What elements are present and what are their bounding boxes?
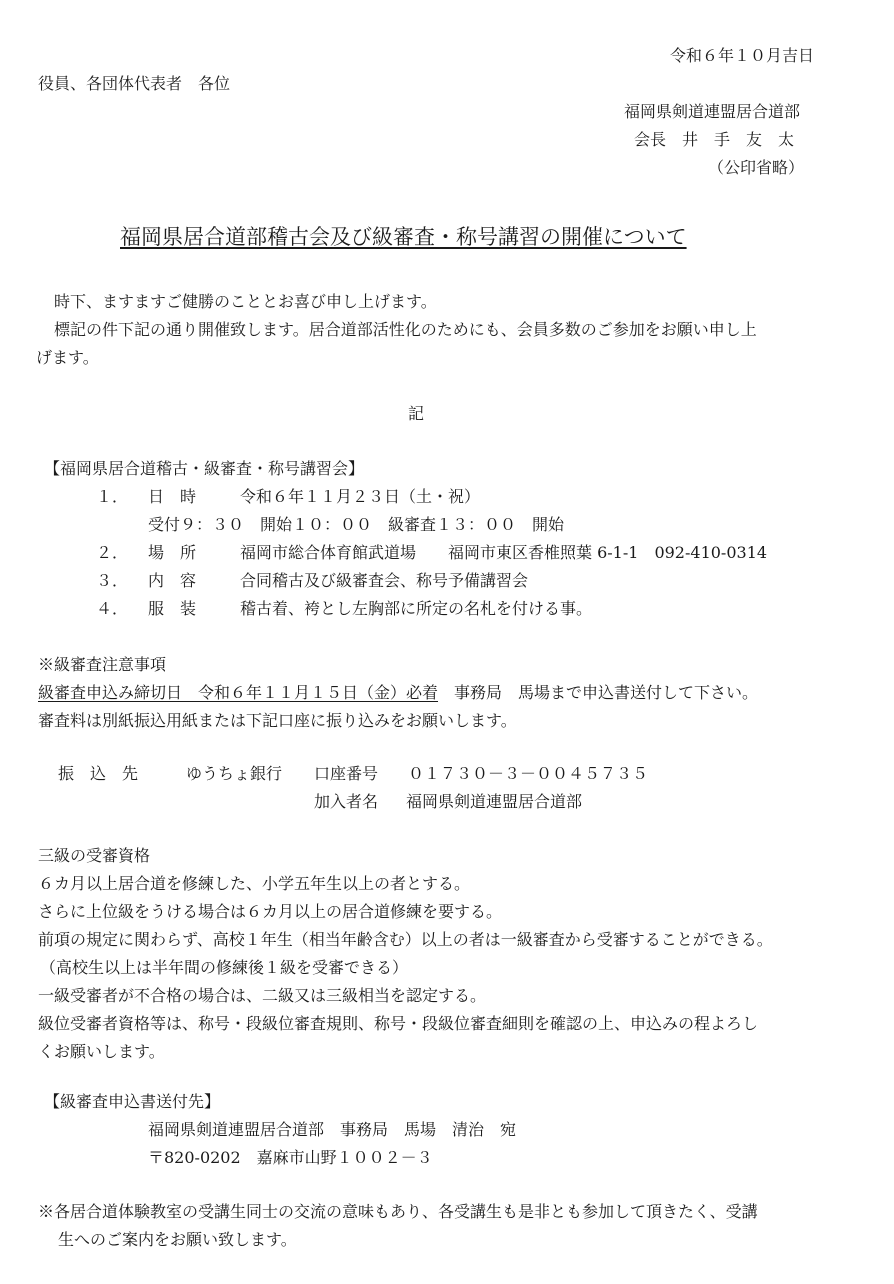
ki-marker: 記	[408, 404, 424, 424]
send-to-address: 〒820-0202 嘉麻市山野１００２－３	[148, 1148, 433, 1168]
deadline-underlined: 級審査申込み締切日 令和６年１１月１５日（金）必着	[38, 683, 438, 702]
send-to-heading: 【級審査申込書送付先】	[44, 1092, 220, 1112]
bank-label: 振 込 先	[58, 764, 138, 784]
eligibility-line: ６カ月以上居合道を修練した、小学五年生以上の者とする。	[38, 874, 470, 894]
page-title: 福岡県居合道部稽古会及び級審査・称号講習の開催について	[120, 224, 687, 250]
greeting-line-2: 標記の件下記の通り開催致します。居合道部活性化のためにも、会員多数のご参加をお願…	[54, 320, 757, 340]
event-heading: 【福岡県居合道稽古・級審査・称号講習会】	[44, 459, 364, 479]
item-value: 合同稽古及び級審査会、称号予備講習会	[240, 571, 528, 591]
holder-name: 福岡県剣道連盟居合道部	[406, 792, 582, 812]
eligibility-line: 前項の規定に関わらず、高校１年生（相当年齢含む）以上の者は一級審査から受審するこ…	[38, 930, 773, 950]
eligibility-line: さらに上位級をうける場合は６カ月以上の居合道修練を要する。	[38, 902, 502, 922]
item-number: ２．	[96, 543, 128, 563]
item-number: ３．	[96, 571, 128, 591]
notice-heading: ※級審査注意事項	[38, 655, 166, 675]
greeting-line-3: げます。	[36, 348, 99, 368]
item-number: ４．	[96, 599, 128, 619]
recipient: 役員、各団体代表者 各位	[38, 74, 230, 94]
notice-fee: 審査料は別紙振込用紙または下記口座に振り込みをお願いします。	[38, 711, 517, 731]
sender-title: 会長 井 手 友 太	[634, 130, 794, 150]
item-number: １．	[96, 487, 128, 507]
account-number: ０１７３０－３－００４５７３５	[408, 764, 648, 784]
account-label: 口座番号	[314, 764, 378, 784]
holder-label: 加入者名	[314, 792, 378, 812]
item-label: 日 時	[148, 487, 196, 507]
seal-note: （公印省略）	[708, 158, 804, 178]
send-to-addressee: 福岡県剣道連盟居合道部 事務局 馬場 清治 宛	[148, 1120, 516, 1140]
eligibility-line: （高校生以上は半年間の修練後１級を受審できる）	[40, 958, 408, 978]
document-date: 令和６年１０月吉日	[670, 46, 814, 66]
notice-deadline: 級審査申込み締切日 令和６年１１月１５日（金）必着 事務局 馬場まで申込書送付し…	[38, 683, 758, 703]
item-schedule: 受付９：３０ 開始１０：００ 級審査１３：００ 開始	[148, 515, 564, 535]
bank-name: ゆうちょ銀行	[186, 764, 282, 784]
item-label: 場 所	[148, 543, 196, 563]
eligibility-heading: 三級の受審資格	[38, 846, 150, 866]
greeting-line-1: 時下、ますますご健勝のこととお喜び申し上げます。	[54, 292, 437, 312]
eligibility-line: 級位受審者資格等は、称号・段級位審査規則、称号・段級位審査細則を確認の上、申込み…	[38, 1014, 758, 1034]
item-value: 令和６年１１月２３日（土・祝）	[240, 487, 480, 507]
item-value: 福岡市総合体育館武道場 福岡市東区香椎照葉 6-1-1 092-410-0314	[240, 543, 767, 563]
footer-note-line-2: 生へのご案内をお願い致します。	[58, 1230, 297, 1250]
item-label: 服 装	[148, 599, 196, 619]
item-label: 内 容	[148, 571, 196, 591]
eligibility-line: 一級受審者が不合格の場合は、二級又は三級相当を認定する。	[38, 986, 486, 1006]
eligibility-line: くお願いします。	[38, 1042, 165, 1062]
item-value: 稽古着、袴とし左胸部に所定の名札を付ける事。	[240, 599, 592, 619]
footer-note-line-1: ※各居合道体験教室の受講生同士の交流の意味もあり、各受講生も是非とも参加して頂き…	[38, 1202, 758, 1222]
sender-organization: 福岡県剣道連盟居合道部	[624, 102, 800, 122]
deadline-instruction: 事務局 馬場まで申込書送付して下さい。	[438, 683, 758, 702]
